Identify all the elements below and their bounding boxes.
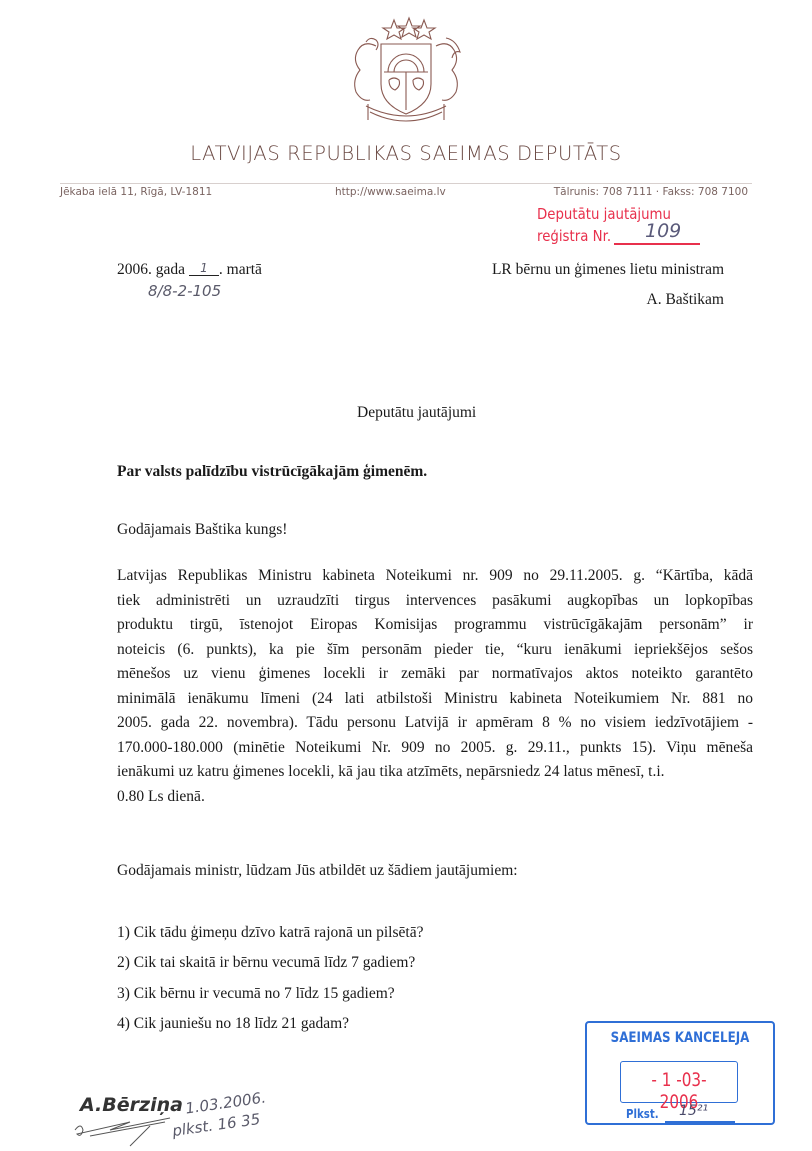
section-title: Deputātu jautājumi	[357, 401, 476, 426]
letter-subject: Par valsts palīdzību vistrūcīgākajām ģim…	[117, 460, 427, 485]
paragraph-line: 170.000-180.000 (minētie Noteikumi Nr. 9…	[117, 736, 753, 761]
date-suffix: . martā	[219, 261, 262, 278]
date-day: 1	[189, 261, 219, 276]
office-received-stamp: SAEIMAS KANCELEJA - 1 -03- 2006 Plkst. 1…	[585, 1021, 775, 1125]
paragraph-line: 2005. gada 22. novembra). Tādu personu L…	[117, 711, 753, 736]
registry-number: 109	[645, 220, 681, 242]
letterhead-phone-fax: Tālrunis: 708 7111 · Fakss: 708 7100	[554, 186, 748, 198]
closing-request: Godājamais ministr, lūdzam Jūs atbildēt …	[117, 859, 518, 884]
letterhead-divider	[60, 183, 752, 184]
question-item: 4) Cik jauniešu no 18 līdz 21 gadam?	[117, 1009, 423, 1039]
stamp-time-label: Plkst.	[626, 1107, 659, 1121]
paragraph-line: 0.80 Ls dienā.	[117, 785, 753, 810]
paragraph-line: minimālā ienākumu līmeni (24 lati atbils…	[117, 687, 753, 712]
letterhead-website: http://www.saeima.lv	[335, 186, 446, 198]
signature-time-note: plkst. 16 35	[171, 1110, 261, 1140]
paragraph-line: produktu tirgū, īstenojot Eiropas Komisi…	[117, 613, 753, 638]
question-list: 1) Cik tādu ģimeņu dzīvo katrā rajonā un…	[117, 918, 423, 1039]
paragraph-line: ienākumi uz katru ģimenes locekli, kā ja…	[117, 760, 753, 785]
paragraph-line: Latvijas Republikas Ministru kabineta No…	[117, 564, 753, 589]
body-paragraph: Latvijas Republikas Ministru kabineta No…	[117, 564, 753, 809]
question-item: 2) Cik tai skaitā ir bērnu vecumā līdz 7…	[117, 948, 423, 978]
letterhead-address: Jēkaba ielā 11, Rīgā, LV-1811	[60, 186, 212, 198]
registry-number-underline	[614, 243, 700, 245]
registry-stamp-line2: reģistra Nr.	[537, 227, 611, 245]
paragraph-line: noteicis (6. punkts), ka pie šīm personā…	[117, 638, 753, 663]
paragraph-line: tiek administrēti un uzraudzīti tirgus i…	[117, 589, 753, 614]
signature-scribble-icon	[70, 1108, 180, 1148]
recipient-title: LR bērnu un ģimenes lietu ministram	[492, 258, 724, 283]
date-prefix: 2006. gada	[117, 261, 185, 278]
coat-of-arms-icon	[336, 14, 476, 126]
stamp-date-box: - 1 -03- 2006	[620, 1061, 738, 1103]
stamp-time-underline	[665, 1121, 735, 1123]
stamp-title: SAEIMAS KANCELEJA	[601, 1030, 759, 1046]
question-item: 3) Cik bērnu ir vecumā no 7 līdz 15 gadi…	[117, 979, 423, 1009]
salutation: Godājamais Baštika kungs!	[117, 518, 287, 543]
recipient-name: A. Baštikam	[647, 288, 725, 313]
stamp-time: 15²¹	[679, 1103, 708, 1119]
letter-date: 2006. gada 1. martā	[117, 258, 262, 283]
paragraph-line: mēnešos uz vienu ģimenes locekli ir zemā…	[117, 662, 753, 687]
reference-number: 8/8-2-105	[148, 282, 221, 300]
letterhead-title: LATVIJAS REPUBLIKAS SAEIMAS DEPUTĀTS	[0, 142, 812, 165]
question-item: 1) Cik tādu ģimeņu dzīvo katrā rajonā un…	[117, 918, 423, 948]
